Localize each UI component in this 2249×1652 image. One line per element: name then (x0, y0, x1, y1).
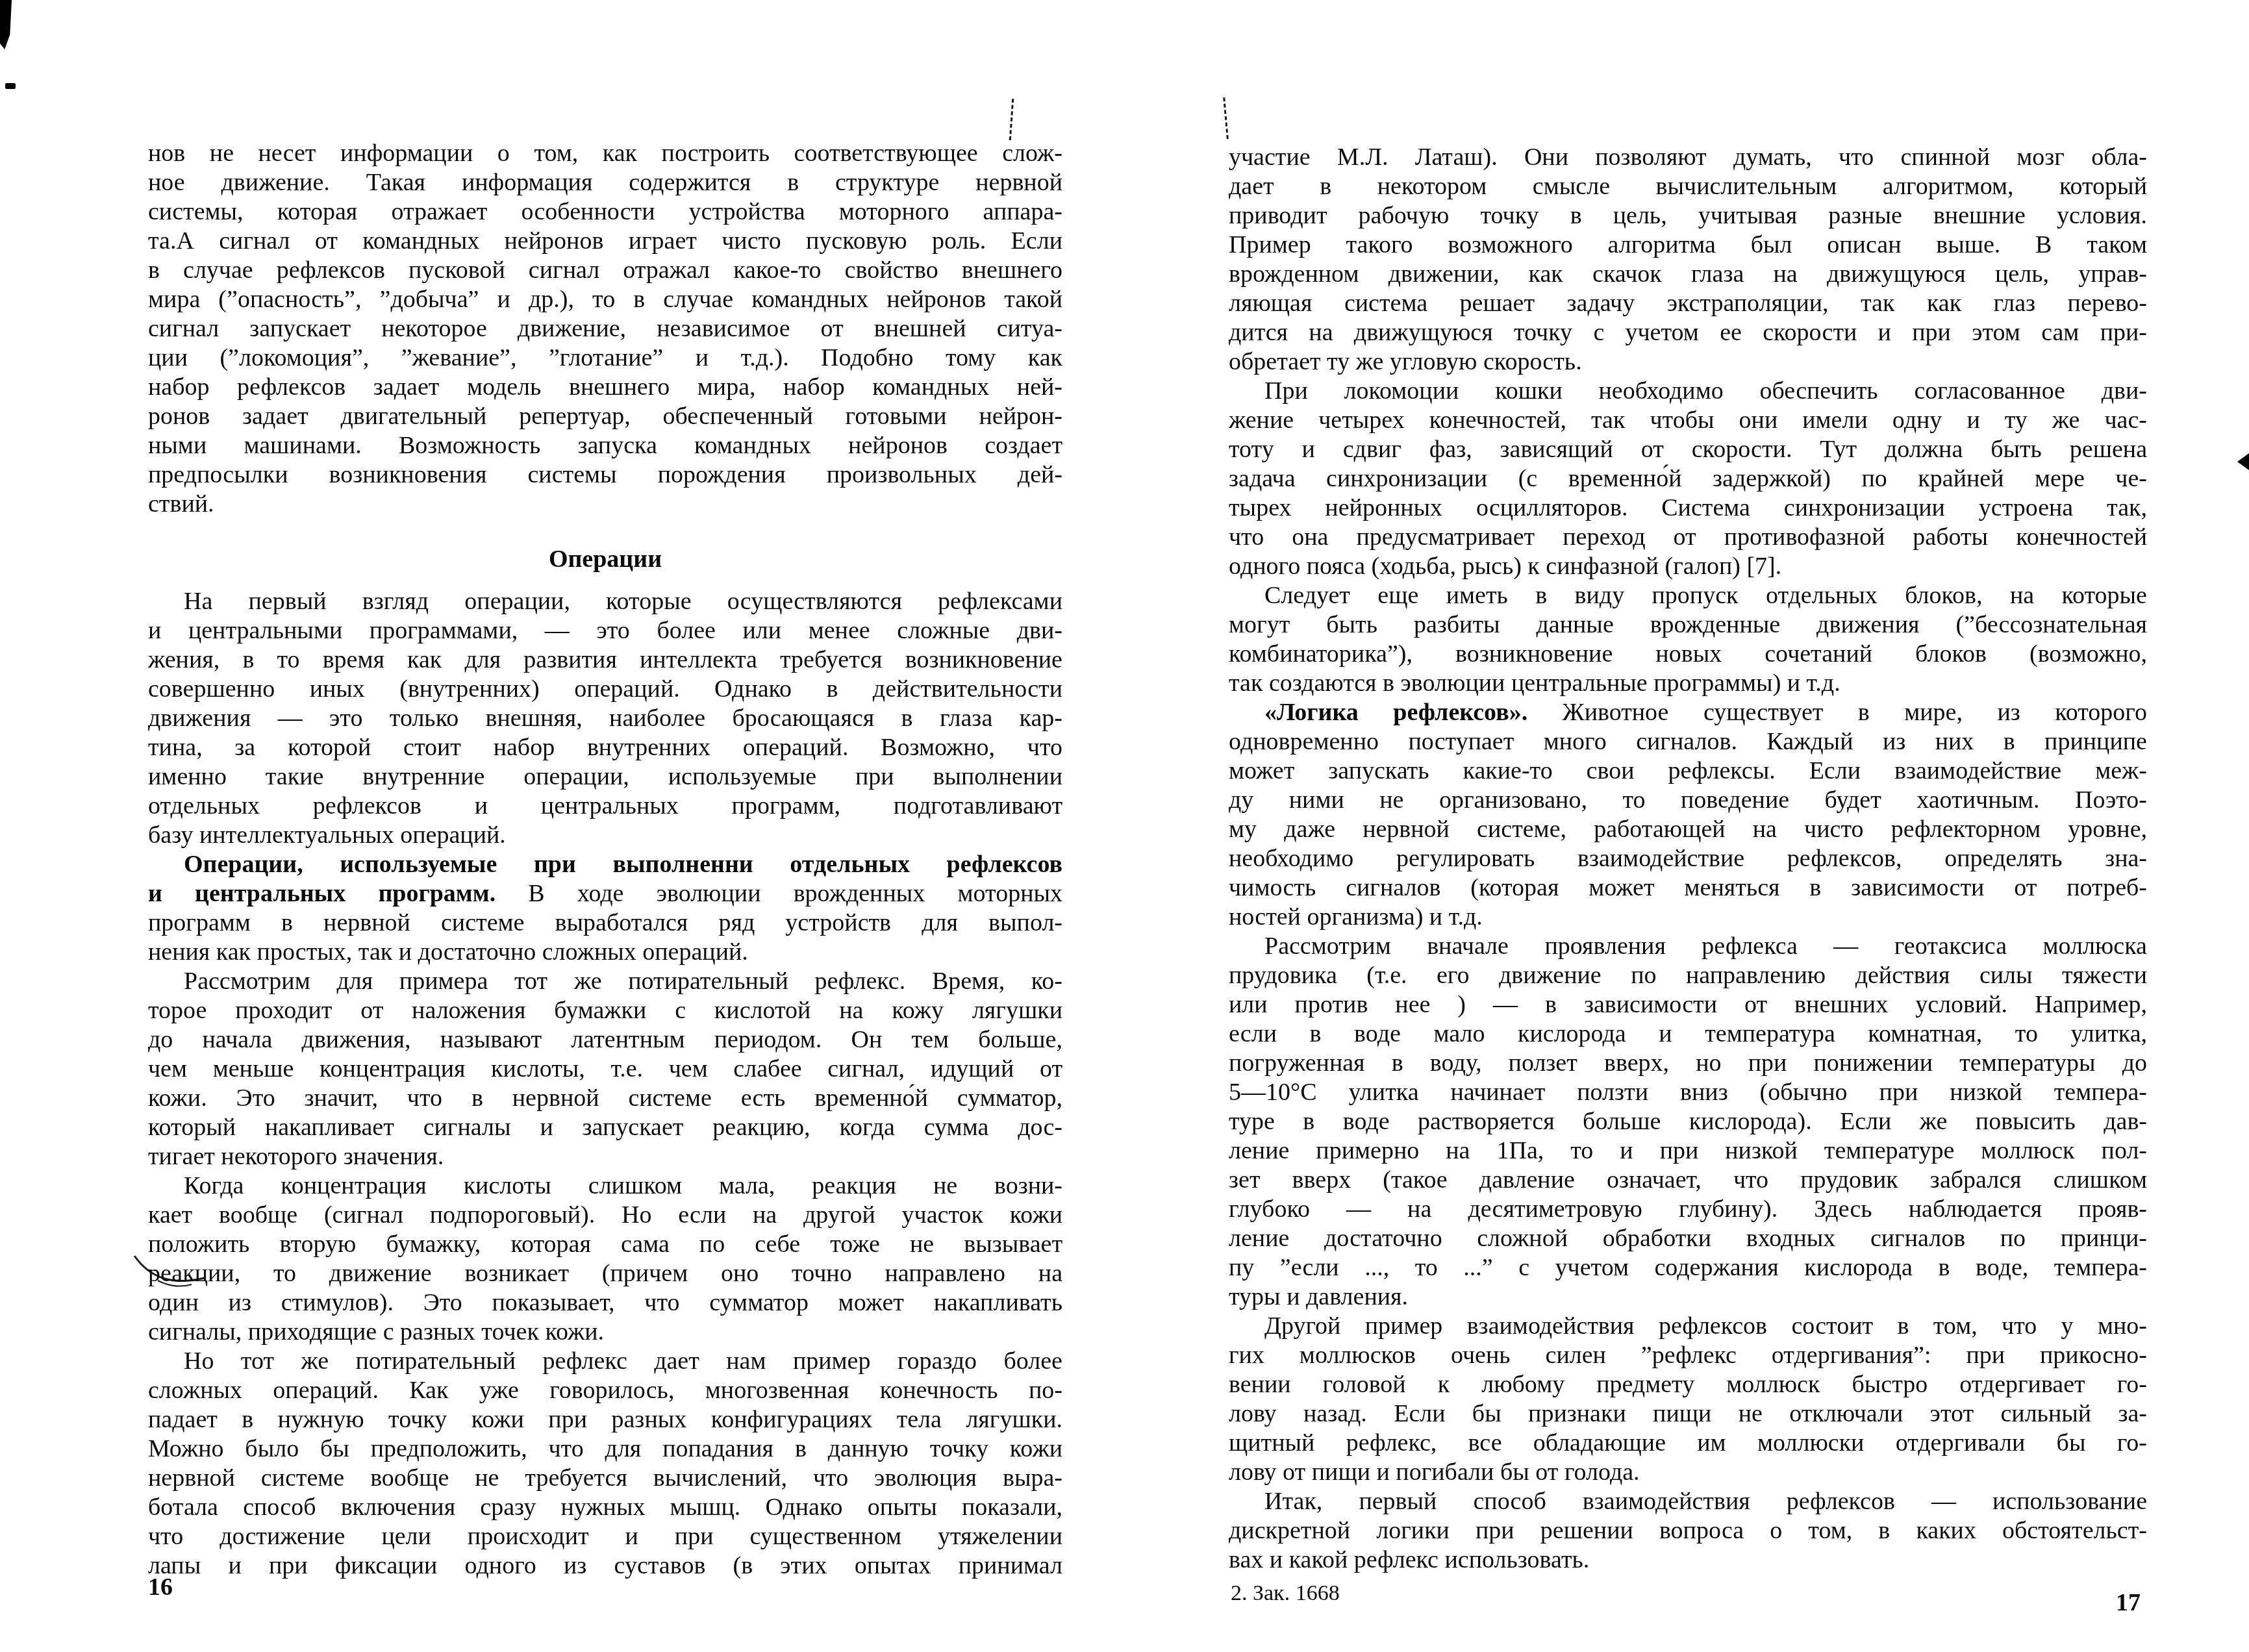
text-line: врожденном движении, как скачок глаза на… (1229, 260, 2147, 289)
page-16-text-column: нов не несет информации о том, как постр… (148, 139, 1062, 1581)
text-line: базу интеллектуальных операций. (148, 821, 1062, 850)
text-line: падает в нужную точку кожи при разных ко… (148, 1405, 1062, 1434)
text-line: реакции, то движение возникает (причем о… (148, 1259, 1062, 1288)
text-line: ление достаточно сложной обработки входн… (1229, 1224, 2147, 1253)
text-line: тигает некоторого значения. (148, 1142, 1062, 1171)
text-line: пу ”если ..., то ...” с учетом содержани… (1229, 1253, 2147, 1283)
text-line: задача синхронизации (с временно́й задер… (1229, 464, 2147, 494)
text-line: ствий. (148, 490, 1062, 519)
text-line: Пример такого возможного алгоритма был о… (1229, 231, 2147, 260)
book-spread: нов не несет информации о том, как постр… (0, 0, 2249, 1652)
text-line: предпосылки возникновения системы порожд… (148, 460, 1062, 490)
text-line: совершенно иных (внутренних) операций. О… (148, 675, 1062, 704)
paragraph: Операции, используемые при выполненни от… (148, 850, 1062, 967)
paragraph: Итак, первый способ взаимодействия рефле… (1229, 1487, 2147, 1575)
text-line: до начала движения, называют латентным п… (148, 1025, 1062, 1055)
text-line: кожи. Это значит, что в нервной системе … (148, 1084, 1062, 1113)
corner-ink-mark-icon (0, 0, 12, 49)
text-line: ду ними не организовано, то поведение бу… (1229, 786, 2147, 815)
text-line: ление примерно на 1Па, то и при низкой т… (1229, 1136, 2147, 1166)
text-line: ронов задает двигательный репертуар, обе… (148, 402, 1062, 431)
paragraph: Когда концентрация кислоты слишком мала,… (148, 1171, 1062, 1347)
text-line: «Логика рефлексов». Животное существует … (1229, 698, 2147, 727)
text-line: На первый взгляд операции, которые осуще… (148, 587, 1062, 616)
text-line: и центральными программами, — это более … (148, 616, 1062, 645)
text-line: лапы и при фиксации одного из суставов (… (148, 1551, 1062, 1581)
text-line: одного пояса (ходьба, рысь) к синфазной … (1229, 552, 2147, 581)
text-line: Следует еще иметь в виду пропуск отдельн… (1229, 581, 2147, 610)
text-line: сложных операций. Как уже говорилось, мн… (148, 1376, 1062, 1405)
text-line: погруженная в воду, ползет вверх, но при… (1229, 1049, 2147, 1078)
text-line: именно такие внутренние операции, исполь… (148, 762, 1062, 792)
text-line: тина, за которой стоит набор внутренних … (148, 733, 1062, 762)
print-signature: 2. Зак. 1668 (1231, 1582, 1340, 1605)
text-line: Рассмотрим вначале проявления рефлекса —… (1229, 932, 2147, 961)
text-line: системы, которая отражает особенности ус… (148, 197, 1062, 227)
page-number-left: 16 (148, 1574, 173, 1600)
text-line: Итак, первый способ взаимодействия рефле… (1229, 1487, 2147, 1516)
text-line: сигнал запускает некоторое движение, нез… (148, 314, 1062, 344)
dashed-scratch-right-icon (1223, 97, 1229, 139)
text-line: комбинаторика”), возникновение новых соч… (1229, 640, 2147, 669)
text-line: туры и давления. (1229, 1283, 2147, 1312)
page-number-right: 17 (2116, 1590, 2141, 1616)
text-line: вах и какой рефлекс использовать. (1229, 1546, 2147, 1575)
text-line: дискретной логики при решении вопроса о … (1229, 1516, 2147, 1546)
text-line: может запускать какие-то свои рефлексы. … (1229, 757, 2147, 786)
text-line: необходимо регулировать взаимодействие р… (1229, 844, 2147, 873)
paragraph: нов не несет информации о том, как постр… (148, 139, 1062, 519)
text-line: лову назад. Если бы признаки пищи не отк… (1229, 1399, 2147, 1429)
paragraph: Рассмотрим для примера тот же потиратель… (148, 967, 1062, 1171)
text-line: При локомоции кошки необходимо обеспечит… (1229, 377, 2147, 406)
text-line: обретает ту же угловую скорость. (1229, 347, 2147, 377)
text-line: положить вторую бумажку, которая сама по… (148, 1230, 1062, 1259)
text-line: Но тот же потирательный рефлекс дает нам… (148, 1347, 1062, 1376)
text-line: мира (”опасность”, ”добыча” и др.), то в… (148, 285, 1062, 314)
text-line: один из стимулов). Это показывает, что с… (148, 1288, 1062, 1318)
corner-ink-dot-icon (5, 83, 16, 89)
text-line: Рассмотрим для примера тот же потиратель… (148, 967, 1062, 996)
text-line: Другой пример взаимодействия рефлексов с… (1229, 1312, 2147, 1341)
text-line: и центральных программ. В ходе эволюции … (148, 879, 1062, 908)
text-line: одновременно поступает много сигналов. К… (1229, 727, 2147, 757)
text-line: Можно было бы предположить, что для попа… (148, 1434, 1062, 1464)
text-line: набор рефлексов задает модель внешнего м… (148, 373, 1062, 402)
text-line: зет вверх (такое давление означает, что … (1229, 1166, 2147, 1195)
text-line: ции (”локомоция”, ”жевание”, ”глотание” … (148, 344, 1062, 373)
text-line: движения — это только внешняя, наиболее … (148, 704, 1062, 733)
page-17-text-column: участие М.Л. Латаш). Они позволяют думат… (1229, 143, 2147, 1575)
text-line: 5—10°С улитка начинает ползти вниз (обыч… (1229, 1078, 2147, 1107)
text-line: что достижение цели происходит и при сущ… (148, 1522, 1062, 1551)
text-line: чимость сигналов (которая может меняться… (1229, 873, 2147, 903)
paragraph: При локомоции кошки необходимо обеспечит… (1229, 377, 2147, 581)
text-line: кает вообще (сигнал подпороговый). Но ес… (148, 1201, 1062, 1230)
text-line: тырех нейронных осцилляторов. Система си… (1229, 494, 2147, 523)
text-line: дится на движущуюся точку с учетом ее ск… (1229, 318, 2147, 347)
text-line: ботала способ включения сразу нужных мыш… (148, 1493, 1062, 1522)
text-line: если в воде мало кислорода и температура… (1229, 1020, 2147, 1049)
text-line: в случае рефлексов пусковой сигнал отраж… (148, 256, 1062, 285)
text-line: могут быть разбиты данные врожденные дви… (1229, 610, 2147, 640)
dashed-scratch-left-icon (1009, 99, 1014, 140)
text-line: лову от пищи и погибали бы от голода. (1229, 1458, 2147, 1487)
paragraph: «Логика рефлексов». Животное существует … (1229, 698, 2147, 932)
paragraph: На первый взгляд операции, которые осуще… (148, 587, 1062, 850)
paragraph: Рассмотрим вначале проявления рефлекса —… (1229, 932, 2147, 1312)
text-line: участие М.Л. Латаш). Они позволяют думат… (1229, 143, 2147, 172)
text-line: Когда концентрация кислоты слишком мала,… (148, 1171, 1062, 1201)
paragraph: Другой пример взаимодействия рефлексов с… (1229, 1312, 2147, 1487)
text-line: жение четырех конечностей, так чтобы они… (1229, 406, 2147, 435)
text-line: так создаются в эволюции центральные про… (1229, 669, 2147, 698)
text-line: нервной системе вообще не требуется вычи… (148, 1464, 1062, 1493)
text-line: нов не несет информации о том, как постр… (148, 139, 1062, 168)
text-line: торое проходит от наложения бумажки с ки… (148, 996, 1062, 1025)
text-line: ляющая система решает задачу экстраполяц… (1229, 289, 2147, 318)
text-line: жения, в то время как для развития интел… (148, 645, 1062, 675)
section-heading: Операции (148, 545, 1062, 574)
text-line: который накапливает сигналы и запускает … (148, 1113, 1062, 1142)
text-line: нения как простых, так и достаточно слож… (148, 938, 1062, 967)
paragraph: Но тот же потирательный рефлекс дает нам… (148, 1347, 1062, 1581)
text-line: что она предусматривает переход от проти… (1229, 523, 2147, 552)
paragraph: Следует еще иметь в виду пропуск отдельн… (1229, 581, 2147, 698)
text-line: ностей организма) и т.д. (1229, 903, 2147, 932)
text-line: му даже нервной системе, работающей на ч… (1229, 815, 2147, 844)
text-line: вении головой к любому предмету моллюск … (1229, 1370, 2147, 1399)
text-line: тоту и сдвиг фаз, зависящий от скорости.… (1229, 435, 2147, 464)
right-edge-arrow-icon (2237, 453, 2249, 470)
text-line: ное движение. Такая информация содержитс… (148, 168, 1062, 197)
text-line: сигналы, приходящие с разных точек кожи. (148, 1318, 1062, 1347)
paragraph: участие М.Л. Латаш). Они позволяют думат… (1229, 143, 2147, 377)
text-line: программ в нервной системе выработался р… (148, 908, 1062, 938)
text-line: прудовика (т.е. его движение по направле… (1229, 961, 2147, 990)
text-line: или против нее ) — в зависимости от внеш… (1229, 990, 2147, 1020)
text-line: гих моллюсков очень силен ”рефлекс отдер… (1229, 1341, 2147, 1370)
text-line: та.А сигнал от командных нейронов играет… (148, 227, 1062, 256)
text-line: отдельных рефлексов и центральных програ… (148, 792, 1062, 821)
text-line: щитный рефлекс, все обладающие им моллюс… (1229, 1429, 2147, 1458)
text-line: Операции, используемые при выполненни от… (148, 850, 1062, 879)
text-line: чем меньше концентрация кислоты, т.е. че… (148, 1055, 1062, 1084)
text-line: ными машинами. Возможность запуска коман… (148, 431, 1062, 460)
text-line: глубоко — на десятиметровую глубину). Зд… (1229, 1195, 2147, 1224)
text-line: приводит рабочую точку в цель, учитывая … (1229, 201, 2147, 231)
text-line: дает в некотором смысле вычислительным а… (1229, 172, 2147, 201)
text-line: туре в воде растворяется больше кислород… (1229, 1107, 2147, 1136)
